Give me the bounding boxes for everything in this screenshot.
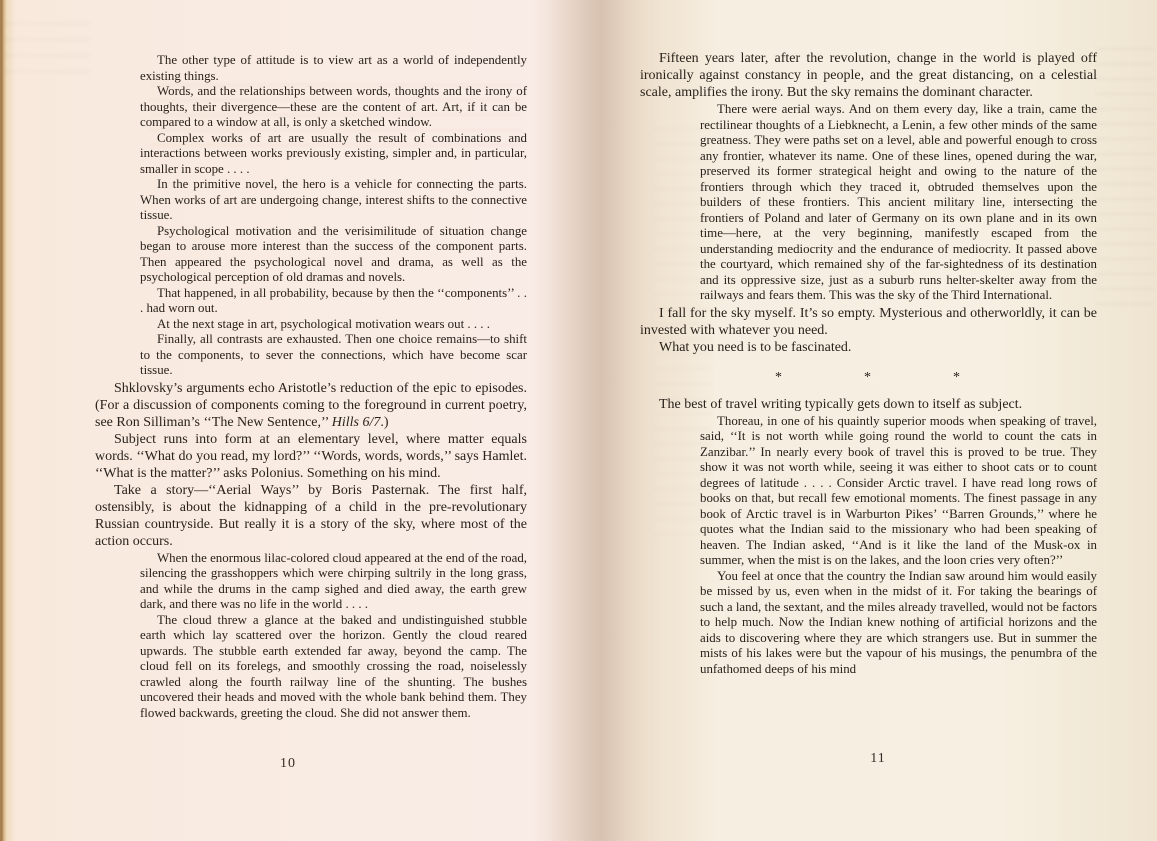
text-segment: Shklovsky’s arguments echo Aristotle’s r… [95,381,527,430]
body-paragraph: What you need is to be fascinated. [640,339,1097,356]
italic-journal-title: Hills 6/7 [332,415,381,430]
thoreau-blockquote: Thoreau, in one of his quaintly superior… [700,414,1097,678]
quote-paragraph: You feel at once that the country the In… [700,569,1097,678]
body-paragraph: Take a story—‘‘Aerial Ways’’ by Boris Pa… [95,482,527,550]
body-paragraph-silliman: Shklovsky’s arguments echo Aristotle’s r… [95,380,527,431]
quote-paragraph: The cloud threw a glance at the baked an… [140,613,527,722]
quote-paragraph: Psychological motivation and the verisim… [140,224,527,286]
page-number-left: 10 [268,756,308,772]
quote-paragraph: Words, and the relationships between wor… [140,84,527,131]
bleed-through-ghost [4,22,90,78]
quote-paragraph: In the primitive novel, the hero is a ve… [140,177,527,224]
quote-paragraph: When the enormous lilac-colored cloud ap… [140,551,527,613]
pasternak-blockquote: When the enormous lilac-colored cloud ap… [140,551,527,722]
right-page-text: Fifteen years later, after the revolutio… [640,50,1097,678]
asterisk: * [953,370,960,386]
body-paragraph: Fifteen years later, after the revolutio… [640,50,1097,101]
asterisk: * [775,370,782,386]
quote-paragraph: There were aerial ways. And on them ever… [700,102,1097,304]
quote-paragraph: Complex works of art are usually the res… [140,131,527,178]
quote-paragraph: Thoreau, in one of his quaintly superior… [700,414,1097,569]
page-edge [0,0,14,841]
body-paragraph: I fall for the sky myself. It’s so empty… [640,305,1097,339]
quote-paragraph: At the next stage in art, psychological … [140,317,527,333]
body-paragraph: The best of travel writing typically get… [640,396,1097,413]
quote-paragraph: That happened, in all probability, becau… [140,286,527,317]
quote-paragraph: Finally, all contrasts are exhausted. Th… [140,332,527,379]
page-number-right: 11 [858,751,898,767]
aerial-ways-blockquote: There were aerial ways. And on them ever… [700,102,1097,304]
left-page-text: The other type of attitude is to view ar… [95,52,527,722]
shklovsky-blockquote: The other type of attitude is to view ar… [140,53,527,379]
bleed-through-ghost [1096,48,1154,318]
asterisk: * [864,370,871,386]
text-segment: .) [380,415,388,430]
body-paragraph: Subject runs into form at an elementary … [95,431,527,482]
section-separator: * * * [775,370,960,386]
quote-paragraph: The other type of attitude is to view ar… [140,53,527,84]
book-spread: The other type of attitude is to view ar… [0,0,1157,841]
